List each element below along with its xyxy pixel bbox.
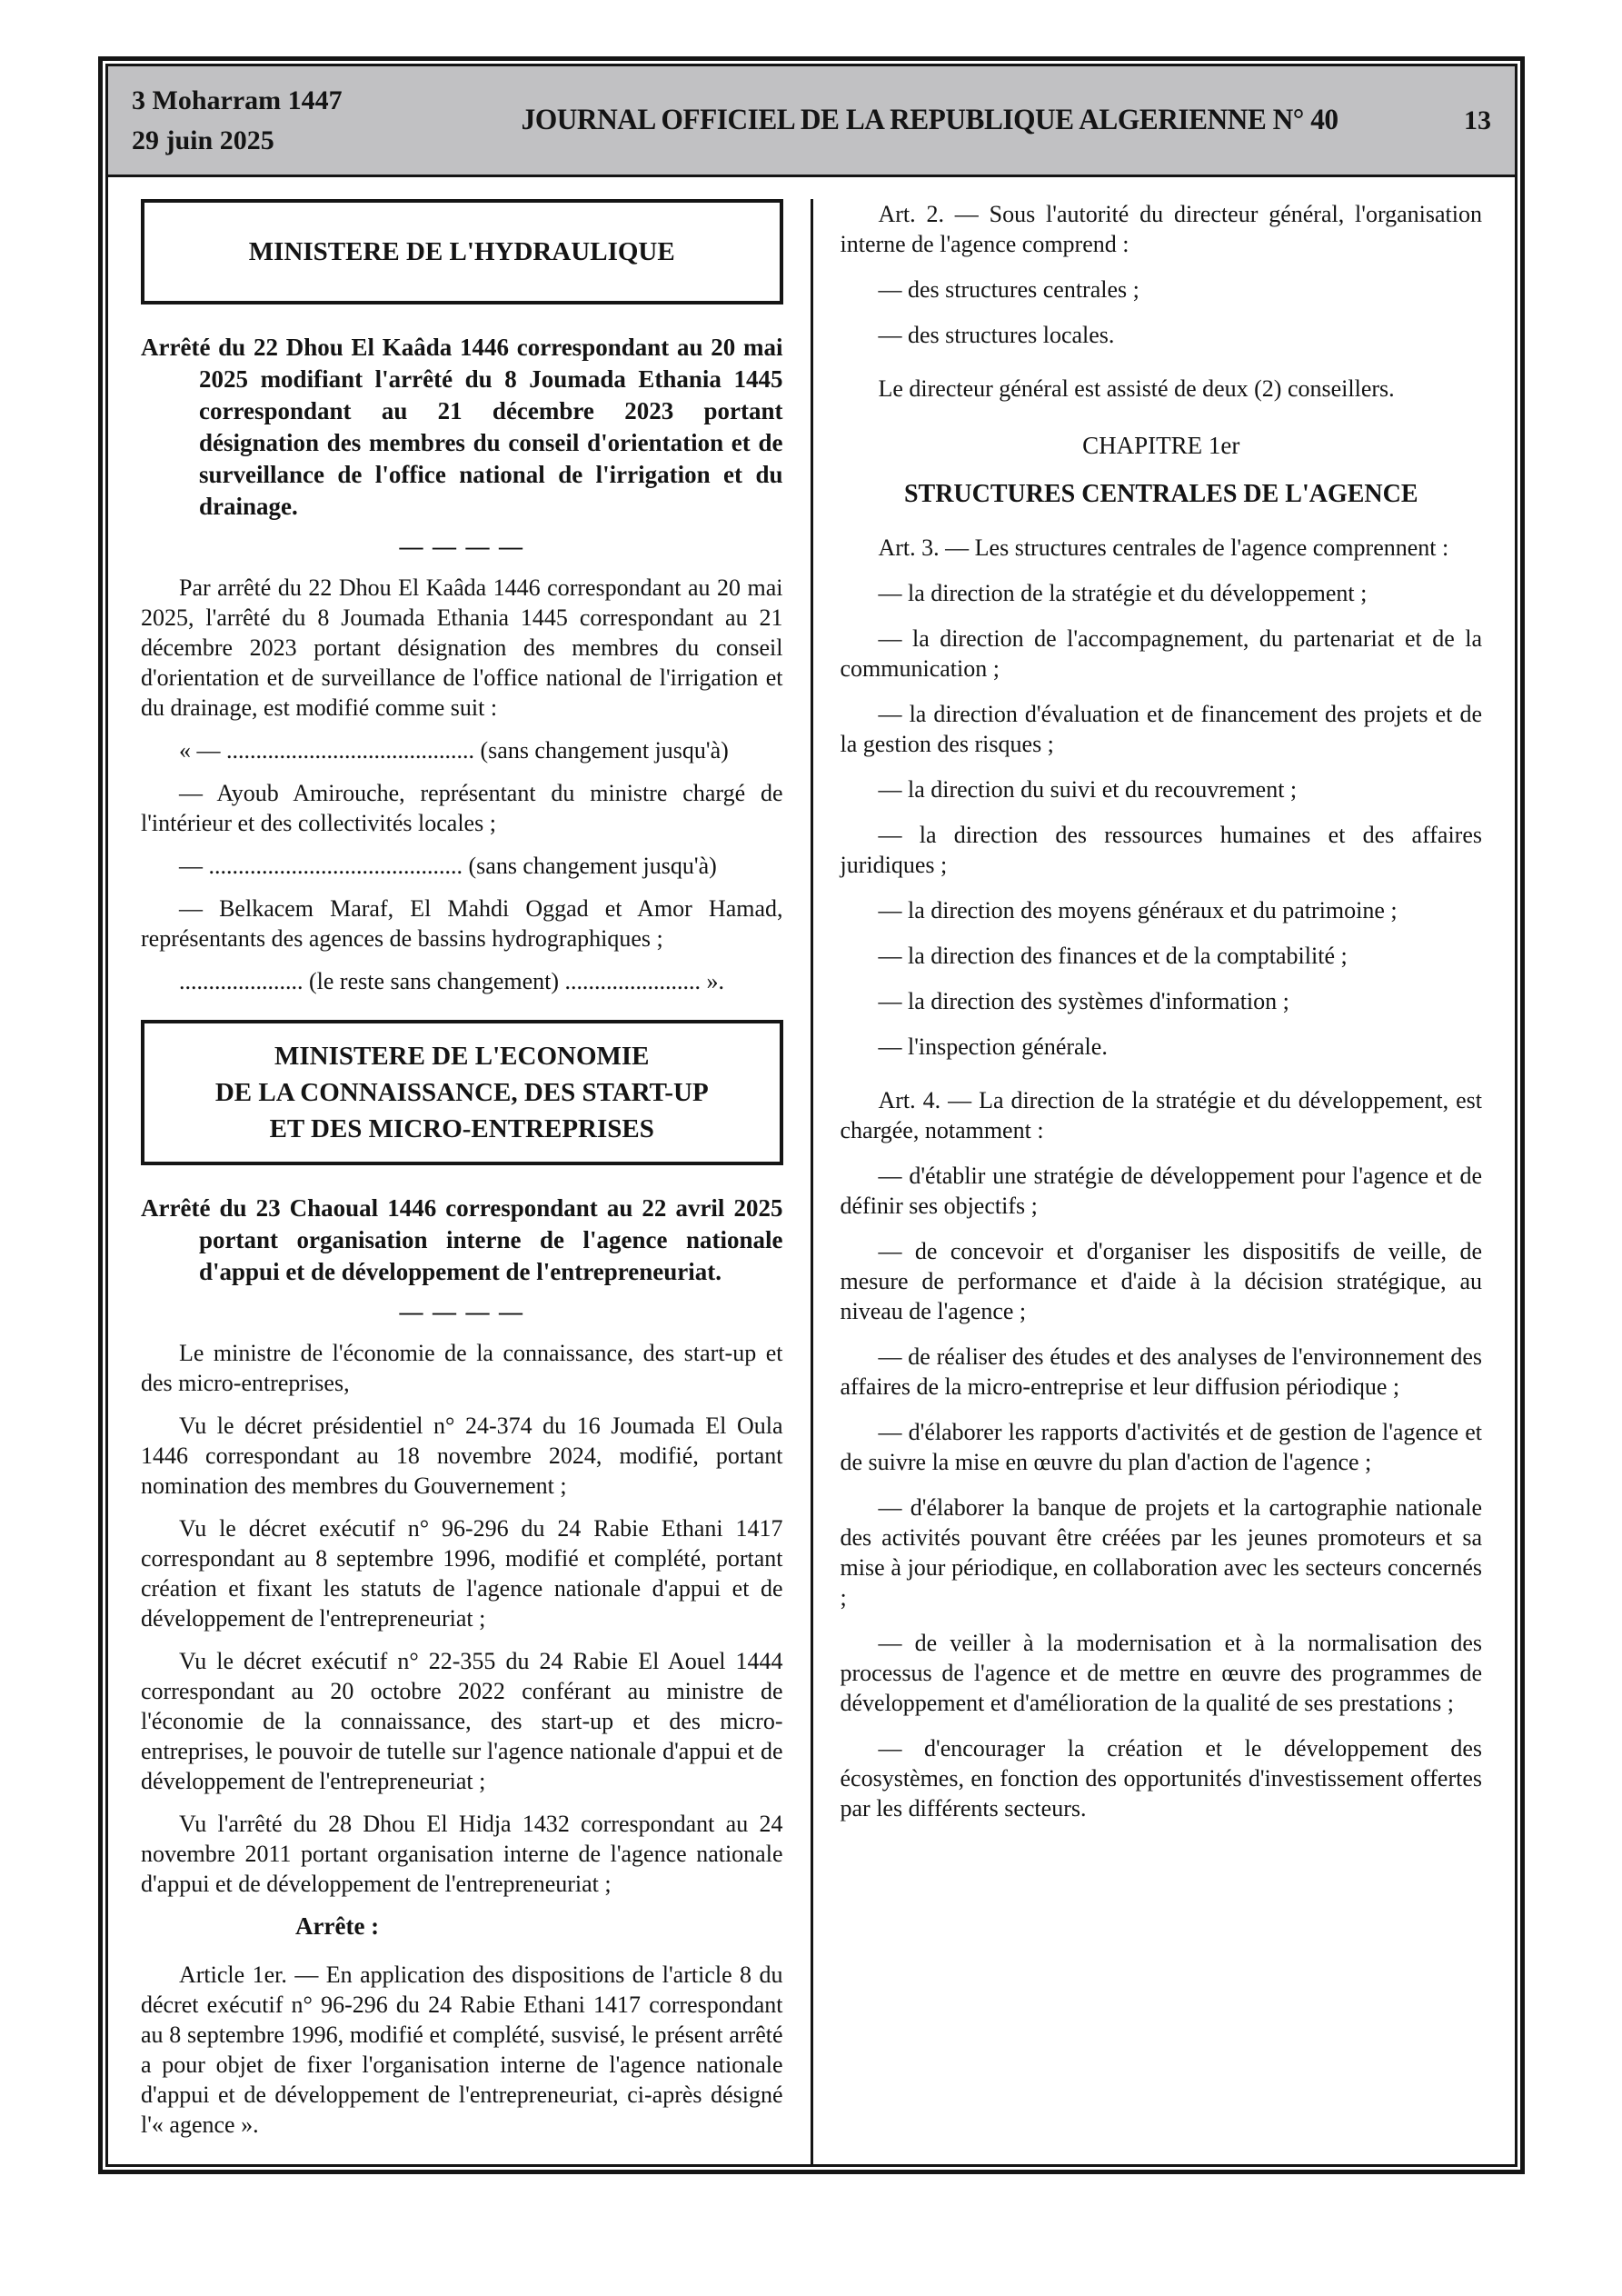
list-item: — des structures centrales ; [841,275,1483,304]
visa-paragraph: Vu le décret présidentiel n° 24-374 du 1… [141,1411,783,1501]
list-item: — d'encourager la création et le dévelop… [841,1733,1483,1823]
sans-changement-line: — ......................................… [141,851,783,881]
list-item: — la direction d'évaluation et de financ… [841,699,1483,759]
member-line: — Ayoub Amirouche, représentant du minis… [141,778,783,838]
hijri-date: 3 Moharram 1447 [132,81,432,121]
article-4-intro: Art. 4. — La direction de la stratégie e… [841,1085,1483,1145]
list-item: — la direction des ressources humaines e… [841,820,1483,880]
header-dates: 3 Moharram 1447 29 juin 2025 [132,81,432,161]
list-item: — la direction du suivi et du recouvreme… [841,774,1483,804]
journal-title-text: JOURNAL OFFICIEL DE LA REPUBLIQUE ALGERI… [522,104,1338,137]
page-inner-frame: 3 Moharram 1447 29 juin 2025 JOURNAL OFF… [105,64,1518,2167]
list-item: — d'établir une stratégie de développeme… [841,1161,1483,1221]
list-item: — la direction des systèmes d'informatio… [841,986,1483,1016]
list-item: — la direction des moyens généraux et du… [841,895,1483,925]
ministry-heading-line: MINISTERE DE L'ECONOMIE [152,1038,772,1074]
ministry-heading-line: ET DES MICRO-ENTREPRISES [152,1111,772,1147]
member-line: — Belkacem Maraf, El Mahdi Oggad et Amor… [141,893,783,953]
page-content: MINISTERE DE L'HYDRAULIQUE Arrêté du 22 … [108,177,1515,2164]
right-column: Art. 2. — Sous l'autorité du directeur g… [813,199,1516,2164]
article-2-intro: Art. 2. — Sous l'autorité du directeur g… [841,199,1483,259]
decree-title: Arrêté du 23 Chaoual 1446 correspondant … [141,1193,783,1288]
list-item: — des structures locales. [841,320,1483,350]
list-item: — la direction des finances et de la com… [841,941,1483,971]
list-item: — de concevoir et d'organiser les dispos… [841,1236,1483,1326]
list-item: — l'inspection générale. [841,1032,1483,1062]
gregorian-date: 29 juin 2025 [132,121,432,161]
page-frame: 3 Moharram 1447 29 juin 2025 JOURNAL OFF… [98,56,1525,2174]
minister-line: Le ministre de l'économie de la connaiss… [141,1338,783,1398]
list-item: — de veiller à la modernisation et à la … [841,1628,1483,1718]
list-item: — d'élaborer la banque de projets et la … [841,1492,1483,1612]
list-item: — la direction de la stratégie et du dév… [841,578,1483,608]
arrete-label: Arrête : [295,1912,783,1942]
left-column: MINISTERE DE L'HYDRAULIQUE Arrêté du 22 … [108,199,811,2164]
ministry-heading-line: DE LA CONNAISSANCE, DES START-UP [152,1074,772,1111]
page-number: 13 [1428,105,1491,136]
article-3-intro: Art. 3. — Les structures centrales de l'… [841,533,1483,563]
header-band: 3 Moharram 1447 29 juin 2025 JOURNAL OFF… [108,66,1515,177]
chapter-title: STRUCTURES CENTRALES DE L'AGENCE [841,479,1483,509]
reste-sans-changement-line: ..................... (le reste sans cha… [141,966,783,996]
visa-paragraph: Vu le décret exécutif n° 22-355 du 24 Ra… [141,1646,783,1796]
visa-paragraph: Vu l'arrêté du 28 Dhou El Hidja 1432 cor… [141,1809,783,1899]
article-1-paragraph: Article 1er. — En application des dispos… [141,1960,783,2140]
visa-paragraph: Vu le décret exécutif n° 96-296 du 24 Ra… [141,1513,783,1633]
paragraph-modification: Par arrêté du 22 Dhou El Kaâda 1446 corr… [141,573,783,723]
ministry-heading-hydraulique: MINISTERE DE L'HYDRAULIQUE [141,199,783,304]
section-separator: — — — — [141,1297,783,1327]
article-2-closing: Le directeur général est assisté de deux… [841,374,1483,404]
decree-title: Arrêté du 22 Dhou El Kaâda 1446 correspo… [141,332,783,523]
chapter-label: CHAPITRE 1er [841,431,1483,461]
list-item: — d'élaborer les rapports d'activités et… [841,1417,1483,1477]
list-item: — la direction de l'accompagnement, du p… [841,624,1483,684]
sans-changement-line: « — ....................................… [141,735,783,765]
list-item: — de réaliser des études et des analyses… [841,1342,1483,1402]
section-separator: — — — — [141,532,783,562]
journal-title: JOURNAL OFFICIEL DE LA REPUBLIQUE ALGERI… [432,104,1428,137]
ministry-heading-economie: MINISTERE DE L'ECONOMIE DE LA CONNAISSAN… [141,1020,783,1165]
